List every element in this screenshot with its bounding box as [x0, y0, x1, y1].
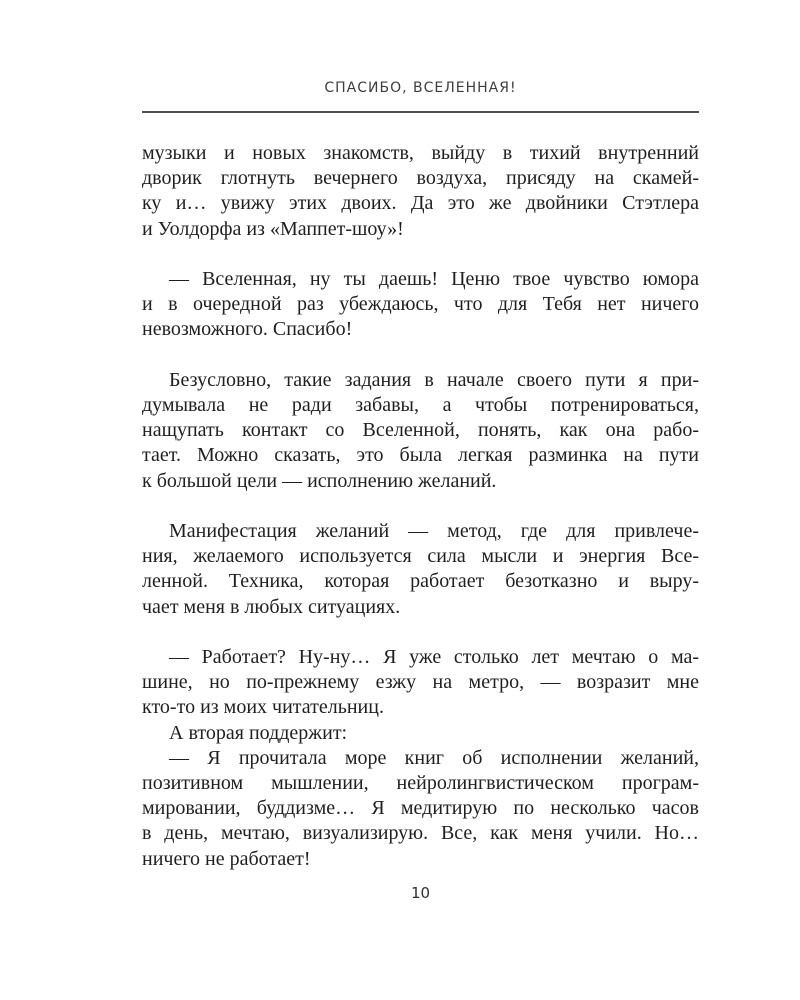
- text-line: — Работает? Ну-ну… Я уже столько лет меч…: [142, 645, 699, 670]
- page-number: 10: [142, 884, 699, 902]
- text-line: А вторая поддержит:: [142, 721, 699, 746]
- text-line: дворик глотнуть вечернего воздуха, прися…: [142, 166, 699, 191]
- text-line: — Вселенная, ну ты даешь! Ценю твое чувс…: [142, 267, 699, 292]
- text-line: Безусловно, такие задания в начале своег…: [142, 368, 699, 393]
- text-line: кто-то из моих читательниц.: [142, 695, 699, 720]
- text-line: Манифестация желаний — метод, где для пр…: [142, 519, 699, 544]
- text-line: музыки и новых знакомств, выйду в тихий …: [142, 141, 699, 166]
- text-line: нащупать контакт со Вселенной, понять, к…: [142, 418, 699, 443]
- paragraph: Манифестация желаний — метод, где для пр…: [142, 519, 699, 620]
- text-line: ку и… увижу этих двоих. Да это же двойни…: [142, 191, 699, 216]
- paragraph: — Вселенная, ну ты даешь! Ценю твое чувс…: [142, 267, 699, 343]
- text-line: чает меня в любых ситуациях.: [142, 595, 699, 620]
- paragraph: Безусловно, такие задания в начале своег…: [142, 368, 699, 494]
- text-line: ленной. Техника, которая работает безотк…: [142, 569, 699, 594]
- text-line: невозможного. Спасибо!: [142, 317, 699, 342]
- text-line: и в очередной раз убеждаюсь, что для Теб…: [142, 292, 699, 317]
- text-line: в день, мечтаю, визуализирую. Все, как м…: [142, 821, 699, 846]
- text-line: тает. Можно сказать, это была легкая раз…: [142, 443, 699, 468]
- paragraph: — Я прочитала море книг об исполнении же…: [142, 746, 699, 872]
- paragraph: А вторая поддержит:: [142, 721, 699, 746]
- text-line: ничего не работает!: [142, 847, 699, 872]
- text-line: думывала не ради забавы, а чтобы потрени…: [142, 393, 699, 418]
- text-line: к большой цели — исполнению желаний.: [142, 469, 699, 494]
- text-line: шине, но по-прежнему езжу на метро, — во…: [142, 670, 699, 695]
- paragraph: — Работает? Ну-ну… Я уже столько лет меч…: [142, 645, 699, 721]
- text-line: — Я прочитала море книг об исполнении же…: [142, 746, 699, 771]
- book-page: СПАСИБО, ВСЕЛЕННАЯ! музыки и новых знако…: [0, 0, 800, 1000]
- text-block: музыки и новых знакомств, выйду в тихий …: [142, 141, 699, 872]
- text-line: ния, желаемого используется сила мысли и…: [142, 544, 699, 569]
- text-line: позитивном мышлении, нейролингвистическо…: [142, 771, 699, 796]
- paragraph: музыки и новых знакомств, выйду в тихий …: [142, 141, 699, 242]
- text-line: мировании, буддизме… Я медитирую по неск…: [142, 796, 699, 821]
- running-header: СПАСИБО, ВСЕЛЕННАЯ!: [142, 80, 699, 96]
- header-rule: [142, 111, 699, 113]
- text-line: и Уолдорфа из «Маппет-шоу»!: [142, 217, 699, 242]
